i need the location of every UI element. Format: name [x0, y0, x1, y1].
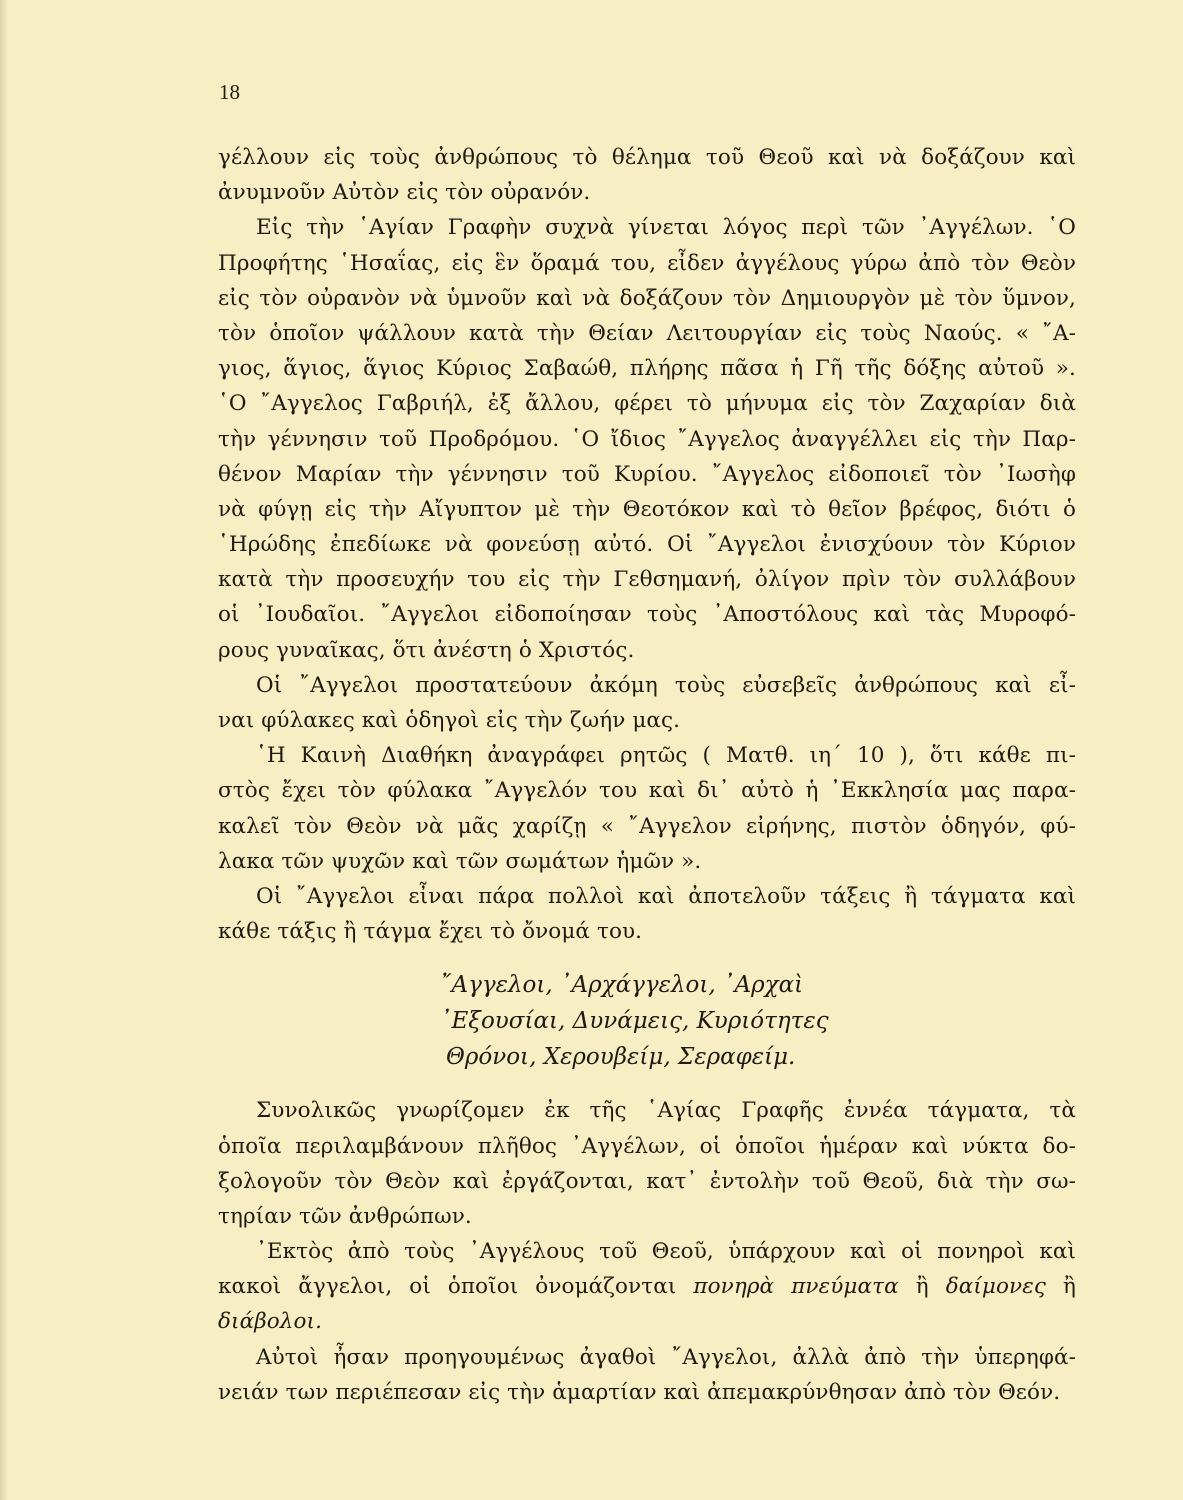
angelic-orders-verse: ῎Αγγελοι, ᾿Αρχάγγελοι, ᾿Αρχαὶ ᾿Εξουσίαι,…	[218, 967, 1076, 1075]
text-line: ῾Ο ῎Αγγελος Γαβριήλ, ἐξ ἄλλου, φέρει τὸ …	[218, 386, 1076, 421]
text-line: Συνολικῶς γνωρίζομεν ἐκ τῆς ῾Αγίας Γραφῆ…	[218, 1093, 1076, 1128]
text-line: στὸς ἔχει τὸν φύλακα ῎Αγγελόν του καὶ δι…	[218, 773, 1076, 808]
text-line: ῾Η Καινὴ Διαθήκη ἀναγράφει ρητῶς ( Ματθ.…	[218, 738, 1076, 773]
text-line: ὁποῖα περιλαμβάνουν πλῆθος ᾿Αγγέλων, οἱ …	[218, 1129, 1076, 1164]
page-number: 18	[219, 80, 240, 105]
text-line: ῾Ηρώδης ἐπεδίωκε νὰ φονεύσῃ αὐτό. Οἱ ῎Αγ…	[218, 527, 1076, 562]
text-line: γέλλουν εἰς τοὺς ἀνθρώπους τὸ θέλημα τοῦ…	[218, 140, 1076, 175]
text-line: ρους γυναῖκας, ὅτι ἀνέστη ὁ Χριστός.	[218, 633, 1076, 668]
text-line: Προφήτης ῾Ησαΐας, εἰς ἓν ὅραμά του, εἶδε…	[218, 246, 1076, 281]
italic-term-evil-spirits: πονηρὰ πνεύματα	[693, 1274, 898, 1299]
verse-line: ᾿Εξουσίαι, Δυνάμεις, Κυριότητες	[440, 1003, 1076, 1039]
text-segment: ἢ	[1046, 1274, 1076, 1299]
page-body: γέλλουν εἰς τοὺς ἀνθρώπους τὸ θέλημα τοῦ…	[218, 140, 1076, 1410]
verse-line: ῎Αγγελοι, ᾿Αρχάγγελοι, ᾿Αρχαὶ	[440, 967, 1076, 1003]
text-line: θένον Μαρίαν τὴν γέννησιν τοῦ Κυρίου. ῎Α…	[218, 457, 1076, 492]
text-line-with-italics: κακοὶ ἄγγελοι, οἱ ὁποῖοι ὀνομάζονται πον…	[218, 1269, 1076, 1304]
text-line: κατὰ τὴν προσευχήν του εἰς τὴν Γεθσημανή…	[218, 562, 1076, 597]
text-line: Εἰς τὴν ῾Αγίαν Γραφὴν συχνὰ γίνεται λόγο…	[218, 210, 1076, 245]
italic-term-demons: δαίμονες	[946, 1274, 1046, 1299]
text-line: γιος, ἅγιος, ἅγιος Κύριος Σαβαώθ, πλήρης…	[218, 351, 1076, 386]
text-line: κάθε τάξις ἢ τάγμα ἔχει τὸ ὄνομά του.	[218, 914, 1076, 949]
text-line: ἀνυμνοῦν Αὐτὸν εἰς τὸν οὐρανόν.	[218, 175, 1076, 210]
text-line: Αὐτοὶ ἦσαν προηγουμένως ἀγαθοὶ ῎Αγγελοι,…	[218, 1340, 1076, 1375]
text-line: τὸν ὁποῖον ψάλλουν κατὰ τὴν Θείαν Λειτου…	[218, 316, 1076, 351]
text-line: τὴν γέννησιν τοῦ Προδρόμου. ῾Ο ἴδιος ῎Αγ…	[218, 422, 1076, 457]
text-line: καλεῖ τὸν Θεὸν νὰ μᾶς χαρίζῃ « ῎Αγγελον …	[218, 809, 1076, 844]
text-line: λακα τῶν ψυχῶν καὶ τῶν σωμάτων ἡμῶν ».	[218, 844, 1076, 879]
text-line: ᾿Εκτὸς ἀπὸ τοὺς ᾿Αγγέλους τοῦ Θεοῦ, ὑπάρ…	[218, 1234, 1076, 1269]
italic-term-devils: διάβολοι.	[218, 1304, 1076, 1339]
text-line: οἱ ᾿Ιουδαῖοι. ῎Αγγελοι εἰδοποίησαν τοὺς …	[218, 597, 1076, 632]
text-line: Οἱ ῎Αγγελοι εἶναι πάρα πολλοὶ καὶ ἀποτελ…	[218, 879, 1076, 914]
text-line: Οἱ ῎Αγγελοι προστατεύουν ἀκόμη τοὺς εὐσε…	[218, 668, 1076, 703]
book-spine-edge	[0, 0, 8, 1500]
verse-line: Θρόνοι, Χερουβείμ, Σεραφείμ.	[440, 1039, 1076, 1075]
text-line: νὰ φύγῃ εἰς τὴν Αἴγυπτον μὲ τὴν Θεοτόκον…	[218, 492, 1076, 527]
text-segment: ἢ	[899, 1274, 946, 1299]
text-line: ναι φύλακες καὶ ὁδηγοὶ εἰς τὴν ζωήν μας.	[218, 703, 1076, 738]
text-segment: κακοὶ ἄγγελοι, οἱ ὁποῖοι ὀνομάζονται	[218, 1274, 693, 1299]
text-line: τηρίαν τῶν ἀνθρώπων.	[218, 1199, 1076, 1234]
text-line: ξολογοῦν τὸν Θεὸν καὶ ἐργάζονται, κατ᾿ ἐ…	[218, 1164, 1076, 1199]
text-line: νειάν των περιέπεσαν εἰς τὴν ἁμαρτίαν κα…	[218, 1375, 1076, 1410]
text-line: εἰς τὸν οὐρανὸν νὰ ὑμνοῦν καὶ νὰ δοξάζου…	[218, 281, 1076, 316]
